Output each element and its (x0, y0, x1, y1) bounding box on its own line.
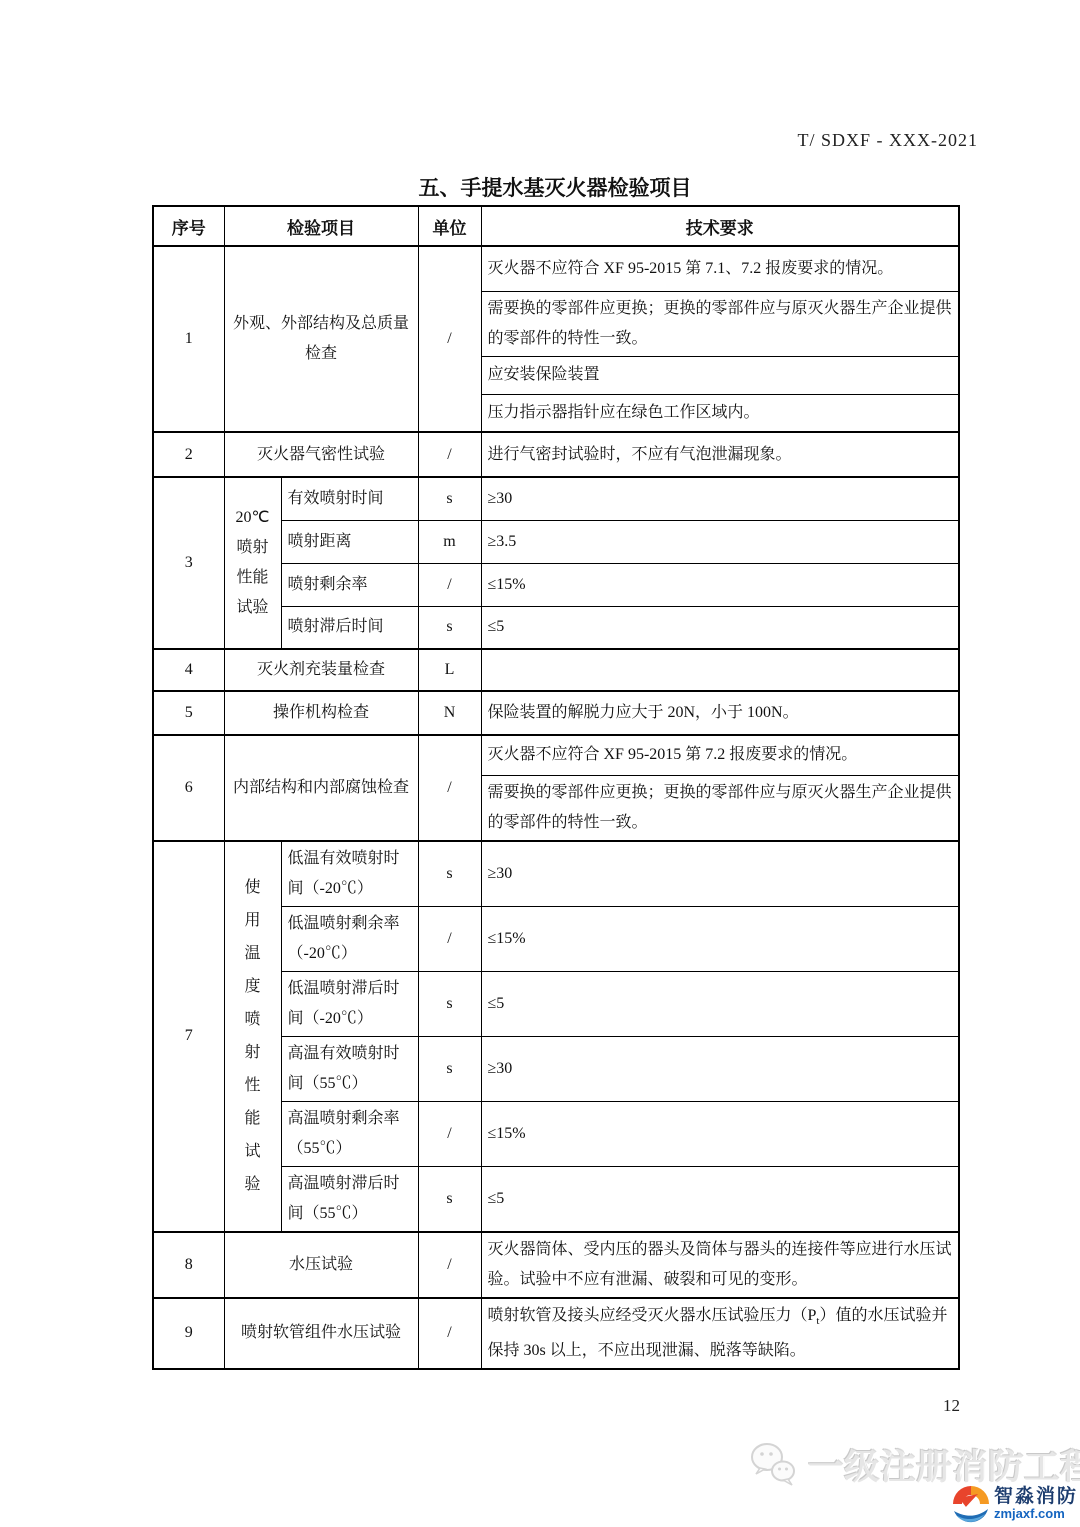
col-header-unit: 单位 (418, 206, 481, 246)
row-no: 9 (153, 1298, 224, 1369)
col-header-requirement: 技术要求 (481, 206, 959, 246)
row-subitem: 喷射距离 (281, 520, 418, 563)
row-item: 水压试验 (224, 1232, 418, 1298)
row-requirement: ≤15% (481, 1101, 959, 1166)
row-subitem: 喷射滞后时间 (281, 606, 418, 649)
table-row-3: 3 20℃ 喷射 性能 试验 有效喷射时间 s ≥30 (153, 477, 959, 520)
row-unit: L (418, 649, 481, 691)
row-group-label: 使 用 温 度 喷 射 性 能 试 验 (224, 841, 281, 1232)
row-requirement: ≥30 (481, 477, 959, 520)
row-requirement: ≥30 (481, 1036, 959, 1101)
row-unit: / (418, 906, 481, 971)
table-row-7: 7 使 用 温 度 喷 射 性 能 试 验 低温有效喷射时间（-20℃） s ≥… (153, 841, 959, 907)
table-row-1: 1 外观、外部结构及总质量检查 / 灭火器不应符合 XF 95-2015 第 7… (153, 246, 959, 291)
row-requirement: ≥30 (481, 841, 959, 907)
wechat-icon (746, 1438, 800, 1492)
row-subitem: 高温喷射剩余率（55℃） (281, 1101, 418, 1166)
row-requirement: ≥3.5 (481, 520, 959, 563)
row-no: 1 (153, 246, 224, 432)
row-unit: / (418, 1101, 481, 1166)
row-requirement: 进行气密封试验时，不应有气泡泄漏现象。 (481, 432, 959, 477)
row-unit: / (418, 246, 481, 432)
row-requirement: 灭火器不应符合 XF 95-2015 第 7.1、7.2 报废要求的情况。 (481, 246, 959, 291)
watermark: 一级注册消防工程师 (746, 1438, 1080, 1492)
row-unit: / (418, 432, 481, 477)
table-row-4: 4 灭火剂充装量检查 L (153, 649, 959, 691)
row-requirement: ≤5 (481, 1166, 959, 1232)
row-item: 灭火剂充装量检查 (224, 649, 418, 691)
row-unit: s (418, 971, 481, 1036)
row-unit: s (418, 606, 481, 649)
row-requirement: 需要换的零部件应更换；更换的零部件应与原灭火器生产企业提供的零部件的特性一致。 (481, 775, 959, 841)
document-page: T/ SDXF - XXX-2021 五、手提水基灭火器检验项目 序号 检验项目… (0, 0, 1080, 1527)
row-requirement: 喷射软管及接头应经受灭火器水压试验压力（Pt）值的水压试验并保持 30s 以上，… (481, 1298, 959, 1369)
doc-code: T/ SDXF - XXX-2021 (797, 130, 978, 151)
row-unit: s (418, 841, 481, 907)
watermark-text: 一级注册消防工程师 (808, 1440, 1080, 1490)
row-no: 8 (153, 1232, 224, 1298)
row-unit: / (418, 563, 481, 606)
row-item: 喷射软管组件水压试验 (224, 1298, 418, 1369)
table-row-2: 2 灭火器气密性试验 / 进行气密封试验时，不应有气泡泄漏现象。 (153, 432, 959, 477)
row-unit: / (418, 1232, 481, 1298)
row-requirement: 灭火器不应符合 XF 95-2015 第 7.2 报废要求的情况。 (481, 735, 959, 775)
row-requirement: ≤5 (481, 971, 959, 1036)
site-logo: 智淼消防 zmjaxf.com (952, 1485, 1078, 1523)
row-requirement: 灭火器筒体、受内压的器头及筒体与器头的连接件等应进行水压试验。试验中不应有泄漏、… (481, 1232, 959, 1298)
table-header-row: 序号 检验项目 单位 技术要求 (153, 206, 959, 246)
logo-domain: zmjaxf.com (994, 1507, 1078, 1521)
inspection-table: 序号 检验项目 单位 技术要求 1 外观、外部结构及总质量检查 / 灭火器不应符… (152, 205, 960, 1370)
row-no: 6 (153, 735, 224, 841)
row-subitem: 高温有效喷射时间（55℃） (281, 1036, 418, 1101)
row-requirement (481, 649, 959, 691)
table-row-9: 9 喷射软管组件水压试验 / 喷射软管及接头应经受灭火器水压试验压力（Pt）值的… (153, 1298, 959, 1369)
row-subitem: 有效喷射时间 (281, 477, 418, 520)
row-requirement: ≤15% (481, 906, 959, 971)
requirement-text: 喷射软管及接头应经受灭火器水压试验压力（P (488, 1307, 817, 1324)
row-unit: m (418, 520, 481, 563)
row-no: 3 (153, 477, 224, 649)
row-item: 操作机构检查 (224, 691, 418, 735)
row-no: 5 (153, 691, 224, 735)
row-subitem: 低温喷射剩余率（-20℃） (281, 906, 418, 971)
row-subitem: 低温喷射滞后时间（-20℃） (281, 971, 418, 1036)
row-unit: s (418, 1036, 481, 1101)
row-requirement: ≤15% (481, 563, 959, 606)
zhimiao-logo-icon (952, 1485, 990, 1523)
row-item: 内部结构和内部腐蚀检查 (224, 735, 418, 841)
row-requirement: 需要换的零部件应更换；更换的零部件应与原灭火器生产企业提供的零部件的特性一致。 (481, 291, 959, 356)
col-header-item: 检验项目 (224, 206, 418, 246)
row-subitem: 喷射剩余率 (281, 563, 418, 606)
row-requirement: ≤5 (481, 606, 959, 649)
row-no: 2 (153, 432, 224, 477)
row-item: 灭火器气密性试验 (224, 432, 418, 477)
row-unit: s (418, 477, 481, 520)
row-requirement: 压力指示器指针应在绿色工作区域内。 (481, 394, 959, 432)
row-item: 外观、外部结构及总质量检查 (224, 246, 418, 432)
logo-text: 智淼消防 zmjaxf.com (994, 1487, 1078, 1521)
logo-name: 智淼消防 (994, 1487, 1078, 1507)
page-number: 12 (943, 1396, 960, 1416)
row-unit: / (418, 735, 481, 841)
table-title: 五、手提水基灭火器检验项目 (152, 172, 958, 202)
table-row-8: 8 水压试验 / 灭火器筒体、受内压的器头及筒体与器头的连接件等应进行水压试验。… (153, 1232, 959, 1298)
table-row-6: 6 内部结构和内部腐蚀检查 / 灭火器不应符合 XF 95-2015 第 7.2… (153, 735, 959, 775)
table-row-5: 5 操作机构检查 N 保险装置的解脱力应大于 20N，小于 100N。 (153, 691, 959, 735)
row-unit: s (418, 1166, 481, 1232)
row-requirement: 保险装置的解脱力应大于 20N，小于 100N。 (481, 691, 959, 735)
row-group-label: 20℃ 喷射 性能 试验 (224, 477, 281, 649)
col-header-no: 序号 (153, 206, 224, 246)
row-unit: N (418, 691, 481, 735)
row-unit: / (418, 1298, 481, 1369)
row-no: 7 (153, 841, 224, 1232)
row-requirement: 应安装保险装置 (481, 356, 959, 394)
row-subitem: 高温喷射滞后时间（55℃） (281, 1166, 418, 1232)
row-no: 4 (153, 649, 224, 691)
row-subitem: 低温有效喷射时间（-20℃） (281, 841, 418, 907)
